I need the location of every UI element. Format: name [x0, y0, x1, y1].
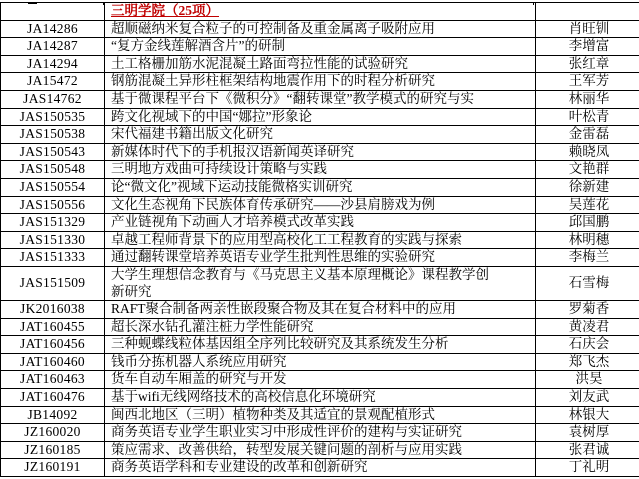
project-id: JAS14762 [23, 91, 82, 106]
table-row[interactable]: JAT160456 三种蚬蝶线粒体基因组全序列比较研究及其系统发生分析 石庆会 [1, 336, 639, 354]
project-title-cell[interactable]: 闽西北地区（三明）植物种类及其适宜的景观配植形式 [105, 406, 536, 424]
project-title: 产业链视角下动画人才培养模式改革实践 [105, 214, 501, 231]
project-id-cell[interactable]: JAT160476 [1, 389, 105, 407]
project-id: JA15472 [27, 73, 78, 88]
project-id: JAS151329 [20, 214, 86, 229]
project-title: 商务英语专业学生职业实习中形成性评价的建构与实证研究 [105, 424, 501, 441]
project-leader: 黄凌君 [569, 319, 610, 334]
clipped-column-border [103, 2, 104, 5]
project-leader: 王军芳 [569, 73, 610, 88]
project-leader: 吴莲花 [569, 197, 610, 212]
project-leader: 金雷磊 [569, 126, 610, 141]
project-leader: 张君诚 [569, 442, 610, 457]
project-leader-cell[interactable]: 石庆会 [536, 336, 639, 354]
project-id-cell[interactable]: JAS150535 [1, 108, 105, 126]
project-title-cell[interactable]: 三种蚬蝶线粒体基因组全序列比较研究及其系统发生分析 [105, 336, 536, 354]
project-id-cell[interactable]: JAS151330 [1, 231, 105, 249]
table-row[interactable]: JAS151329 产业链视角下动画人才培养模式改革实践 邱国鹏 [1, 214, 639, 232]
group-header-title-cell[interactable]: 三明学院（25项） [105, 3, 536, 21]
table-row[interactable]: JAS150538 宋代福建书籍出版文化研究 金雷磊 [1, 126, 639, 144]
group-header-name-cell[interactable] [536, 3, 639, 21]
project-id: JA14294 [27, 56, 78, 71]
project-title: 钢筋混凝土异形柱框架结构地震作用下的时程分析研究 [105, 73, 501, 90]
project-title: 钱币分拣机器人系统应用研究 [105, 354, 501, 371]
table-row[interactable]: JAT160455 超长深水钻孔灌注桩力学性能研究 黄凌君 [1, 318, 639, 336]
project-leader-cell[interactable]: 黄凌君 [536, 318, 639, 336]
project-id: JAT160476 [20, 389, 85, 404]
project-title: 基于微课程平台下《微积分》“翻转课堂”教学模式的研究与实 [105, 91, 501, 108]
project-title: 通过翻转课堂培养英语专业学生批判性思维的实验研究 [105, 249, 501, 266]
project-title-cell[interactable]: 三明地方戏曲可持续设计策略与实践 [105, 161, 536, 179]
project-id: JA14286 [27, 21, 78, 36]
clipped-row-remnant [28, 2, 37, 4]
project-id: JAS151333 [20, 249, 86, 264]
project-id: JAT160455 [20, 319, 85, 334]
table-row[interactable]: JAS150548 三明地方戏曲可持续设计策略与实践 文艳群 [1, 161, 639, 179]
project-id-cell[interactable]: JAS151329 [1, 214, 105, 232]
project-leader: 林丽华 [569, 91, 610, 106]
project-id: JAS150554 [20, 179, 86, 194]
project-id: JAS150535 [20, 109, 86, 124]
project-title-cell[interactable]: 论“微文化”视域下运动技能微格实训研究 [105, 178, 536, 196]
table-row[interactable]: JA14286 超顺磁纳米复合粒子的可控制备及重金属离子吸附应用 肖旺钏 [1, 20, 639, 38]
project-title-cell[interactable]: RAFT聚合制备两亲性嵌段聚合物及其在复合材料中的应用 [105, 301, 536, 319]
project-title: 跨文化视域下的中国“娜拉”形象论 [105, 109, 501, 126]
table-row[interactable]: JAS150556 文化生态视角下民族体育传承研究——沙县肩膀戏为例 吴莲花 [1, 196, 639, 214]
project-title: 三种蚬蝶线粒体基因组全序列比较研究及其系统发生分析 [105, 336, 501, 353]
project-title-cell[interactable]: 超顺磁纳米复合粒子的可控制备及重金属离子吸附应用 [105, 20, 536, 38]
project-id-cell[interactable]: JZ160191 [1, 459, 105, 477]
project-title: 三明地方戏曲可持续设计策略与实践 [105, 161, 501, 178]
group-header-row[interactable]: 三明学院（25项） [1, 3, 639, 21]
project-title-cell[interactable]: 超长深水钻孔灌注桩力学性能研究 [105, 318, 536, 336]
project-title: RAFT聚合制备两亲性嵌段聚合物及其在复合材料中的应用 [105, 301, 501, 318]
project-id: JA14287 [27, 38, 78, 53]
project-title: 货车自动车厢盖的研究与开发 [105, 371, 501, 388]
project-title-cell[interactable]: 跨文化视域下的中国“娜拉”形象论 [105, 108, 536, 126]
project-leader: 林明穗 [569, 232, 610, 247]
project-leader-cell[interactable]: 吴莲花 [536, 196, 639, 214]
clipped-column-border [533, 2, 534, 5]
group-header-label: 三明学院（25项） [105, 3, 501, 20]
project-title: 超长深水钻孔灌注桩力学性能研究 [105, 319, 501, 336]
table-row[interactable]: JZ160020 商务英语专业学生职业实习中形成性评价的建构与实证研究 袁树厚 [1, 424, 639, 442]
project-id-cell[interactable]: JAT160455 [1, 318, 105, 336]
project-id-cell[interactable]: JA14287 [1, 38, 105, 56]
project-leader: 丁礼明 [569, 459, 610, 474]
table-row[interactable]: JA15472 钢筋混凝土异形柱框架结构地震作用下的时程分析研究 王军芳 [1, 73, 639, 91]
project-leader: 赖晓凤 [569, 144, 610, 159]
table-row[interactable]: JAT160460 钱币分拣机器人系统应用研究 郑飞杰 [1, 353, 639, 371]
project-leader: 石庆会 [569, 336, 610, 351]
project-leader: 文艳群 [569, 161, 610, 176]
project-id-cell[interactable]: JZ160185 [1, 441, 105, 459]
project-title-cell[interactable]: 商务英语专业学生职业实习中形成性评价的建构与实证研究 [105, 424, 536, 442]
project-id: JAS150543 [20, 144, 86, 159]
project-leader: 罗菊香 [569, 301, 610, 316]
table-row[interactable]: JAS151333 通过翻转课堂培养英语专业学生批判性思维的实验研究 李梅兰 [1, 249, 639, 267]
project-title: 文化生态视角下民族体育传承研究——沙县肩膀戏为例 [105, 197, 501, 214]
project-leader-cell[interactable]: 袁树厚 [536, 424, 639, 442]
project-leader-cell[interactable]: 林丽华 [536, 90, 639, 108]
project-leader-cell[interactable]: 王军芳 [536, 73, 639, 91]
project-title-cell[interactable]: “复方金线莲解酒含片”的研制 [105, 38, 536, 56]
project-leader: 袁树厚 [569, 424, 610, 439]
project-leader-cell[interactable]: 徐新建 [536, 178, 639, 196]
table-row[interactable]: JAS151330 卓越工程师背景下的应用型高校化工工程教育的实践与探索 林明穗 [1, 231, 639, 249]
project-id: JAT160456 [20, 336, 85, 351]
project-leader-cell[interactable]: 郑飞杰 [536, 353, 639, 371]
project-leader-cell[interactable]: 叶松青 [536, 108, 639, 126]
project-id-cell[interactable]: JAS150554 [1, 178, 105, 196]
projects-table: 三明学院（25项） JA14286 超顺磁纳米复合粒子的可控制备及重金属离子吸附… [0, 2, 639, 477]
project-id: JAT160460 [20, 354, 85, 369]
project-title: 土工格栅加筋水泥混凝土路面弯拉性能的试验研究 [105, 56, 501, 73]
project-id-cell[interactable]: JAS151333 [1, 249, 105, 267]
project-leader-cell[interactable]: 洪昊 [536, 371, 639, 389]
project-leader: 叶松青 [569, 109, 610, 124]
project-title-cell[interactable]: 钢筋混凝土异形柱框架结构地震作用下的时程分析研究 [105, 73, 536, 91]
project-title-cell[interactable]: 钱币分拣机器人系统应用研究 [105, 353, 536, 371]
project-title-cell[interactable]: 策应需求、改善供给，转型发展关键问题的剖析与应用实践 [105, 441, 536, 459]
project-leader: 林银大 [569, 407, 610, 422]
project-leader-cell[interactable]: 林银大 [536, 406, 639, 424]
project-title: 闽西北地区（三明）植物种类及其适宜的景观配植形式 [105, 407, 501, 424]
project-leader-cell[interactable]: 石雪梅 [536, 266, 639, 300]
table-row[interactable]: JZ160185 策应需求、改善供给，转型发展关键问题的剖析与应用实践 张君诚 [1, 441, 639, 459]
project-id: JZ160020 [24, 424, 80, 439]
project-leader-cell[interactable]: 张红章 [536, 55, 639, 73]
project-id-cell[interactable]: JAS150556 [1, 196, 105, 214]
project-leader-cell[interactable]: 李增富 [536, 38, 639, 56]
project-leader-cell[interactable]: 罗菊香 [536, 301, 639, 319]
project-leader: 李梅兰 [569, 249, 610, 264]
project-title-cell[interactable]: 文化生态视角下民族体育传承研究——沙县肩膀戏为例 [105, 196, 536, 214]
project-title: 策应需求、改善供给，转型发展关键问题的剖析与应用实践 [105, 442, 501, 459]
project-title-cell[interactable]: 货车自动车厢盖的研究与开发 [105, 371, 536, 389]
project-id: JZ160191 [24, 459, 80, 474]
table-row[interactable]: JAS151509 大学生理想信念教育与《马克思主义基本原理概论》课程教学创新研… [1, 266, 639, 300]
project-title-cell[interactable]: 卓越工程师背景下的应用型高校化工工程教育的实践与探索 [105, 231, 536, 249]
project-title: 宋代福建书籍出版文化研究 [105, 126, 501, 143]
project-title: 商务英语学科和专业建设的改革和创新研究 [105, 459, 501, 476]
project-leader-cell[interactable]: 邱国鹏 [536, 214, 639, 232]
spreadsheet-table-view: 三明学院（25项） JA14286 超顺磁纳米复合粒子的可控制备及重金属离子吸附… [0, 2, 639, 479]
project-id-cell[interactable]: JAT160463 [1, 371, 105, 389]
project-leader: 徐新建 [569, 179, 610, 194]
table-row[interactable]: JAS150543 新媒体时代下的手机报汉语新闻英译研究 赖晓凤 [1, 143, 639, 161]
project-id-cell[interactable]: JK2016038 [1, 301, 105, 319]
project-title-cell[interactable]: 通过翻转课堂培养英语专业学生批判性思维的实验研究 [105, 249, 536, 267]
project-id-cell[interactable]: JA14294 [1, 55, 105, 73]
project-leader: 李增富 [569, 38, 610, 53]
table-row[interactable]: JAS150535 跨文化视域下的中国“娜拉”形象论 叶松青 [1, 108, 639, 126]
project-title: 基于wifi无线网络技术的高校信息化环境研究 [105, 389, 501, 406]
project-leader: 刘友武 [569, 389, 610, 404]
project-leader: 郑飞杰 [569, 354, 610, 369]
project-leader-cell[interactable]: 李梅兰 [536, 249, 639, 267]
project-leader: 石雪梅 [569, 275, 610, 290]
project-id: JAT160463 [20, 371, 85, 386]
project-title: 新媒体时代下的手机报汉语新闻英译研究 [105, 144, 501, 161]
project-leader-cell[interactable]: 文艳群 [536, 161, 639, 179]
table-row[interactable]: JAS150554 论“微文化”视域下运动技能微格实训研究 徐新建 [1, 178, 639, 196]
project-title-cell[interactable]: 土工格栅加筋水泥混凝土路面弯拉性能的试验研究 [105, 55, 536, 73]
project-id: JAS150538 [20, 126, 86, 141]
project-leader: 邱国鹏 [569, 214, 610, 229]
project-id-cell[interactable]: JB14092 [1, 406, 105, 424]
project-title: 论“微文化”视域下运动技能微格实训研究 [105, 179, 501, 196]
table-row[interactable]: JZ160191 商务英语学科和专业建设的改革和创新研究 丁礼明 [1, 459, 639, 477]
table-row[interactable]: JA14294 土工格栅加筋水泥混凝土路面弯拉性能的试验研究 张红章 [1, 55, 639, 73]
project-id-cell[interactable]: JAS150538 [1, 126, 105, 144]
project-title-cell[interactable]: 产业链视角下动画人才培养模式改革实践 [105, 214, 536, 232]
project-id: JK2016038 [20, 301, 85, 316]
project-leader-cell[interactable]: 肖旺钏 [536, 20, 639, 38]
project-title: “复方金线莲解酒含片”的研制 [105, 38, 501, 55]
project-id-cell[interactable]: JAT160456 [1, 336, 105, 354]
project-leader: 洪昊 [576, 371, 603, 386]
project-title-cell[interactable]: 基于微课程平台下《微积分》“翻转课堂”教学模式的研究与实 [105, 90, 536, 108]
project-title: 超顺磁纳米复合粒子的可控制备及重金属离子吸附应用 [105, 21, 501, 38]
project-title: 大学生理想信念教育与《马克思主义基本原理概论》课程教学创新研究 [105, 267, 501, 300]
project-title-cell[interactable]: 新媒体时代下的手机报汉语新闻英译研究 [105, 143, 536, 161]
group-header-id-cell[interactable] [1, 3, 105, 21]
table-row[interactable]: JAT160463 货车自动车厢盖的研究与开发 洪昊 [1, 371, 639, 389]
project-leader-cell[interactable]: 金雷磊 [536, 126, 639, 144]
project-id: JB14092 [27, 407, 77, 422]
project-title-cell[interactable]: 商务英语学科和专业建设的改革和创新研究 [105, 459, 536, 477]
table-row[interactable]: JAS14762 基于微课程平台下《微积分》“翻转课堂”教学模式的研究与实 林丽… [1, 90, 639, 108]
table-row[interactable]: JK2016038 RAFT聚合制备两亲性嵌段聚合物及其在复合材料中的应用 罗菊… [1, 301, 639, 319]
project-id: JAS150548 [20, 161, 86, 176]
project-id-cell[interactable]: JAS151509 [1, 266, 105, 300]
project-leader-cell[interactable]: 张君诚 [536, 441, 639, 459]
project-leader: 肖旺钏 [569, 21, 610, 36]
table-row[interactable]: JA14287 “复方金线莲解酒含片”的研制 李增富 [1, 38, 639, 56]
project-id-cell[interactable]: JAS150548 [1, 161, 105, 179]
project-title-cell[interactable]: 基于wifi无线网络技术的高校信息化环境研究 [105, 389, 536, 407]
project-id-cell[interactable]: JAS14762 [1, 90, 105, 108]
project-id: JAS151509 [20, 275, 86, 290]
table-row[interactable]: JB14092 闽西北地区（三明）植物种类及其适宜的景观配植形式 林银大 [1, 406, 639, 424]
project-id-cell[interactable]: JA14286 [1, 20, 105, 38]
project-leader-cell[interactable]: 丁礼明 [536, 459, 639, 477]
project-id-cell[interactable]: JA15472 [1, 73, 105, 91]
project-id-cell[interactable]: JZ160020 [1, 424, 105, 442]
project-id-cell[interactable]: JAT160460 [1, 353, 105, 371]
project-id-cell[interactable]: JAS150543 [1, 143, 105, 161]
project-id: JAS150556 [20, 197, 86, 212]
project-id: JZ160185 [24, 442, 80, 457]
project-title-cell[interactable]: 宋代福建书籍出版文化研究 [105, 126, 536, 144]
project-leader-cell[interactable]: 赖晓凤 [536, 143, 639, 161]
project-title: 卓越工程师背景下的应用型高校化工工程教育的实践与探索 [105, 232, 501, 249]
project-id: JAS151330 [20, 232, 86, 247]
table-row[interactable]: JAT160476 基于wifi无线网络技术的高校信息化环境研究 刘友武 [1, 389, 639, 407]
project-leader-cell[interactable]: 林明穗 [536, 231, 639, 249]
project-leader: 张红章 [569, 56, 610, 71]
project-title-cell[interactable]: 大学生理想信念教育与《马克思主义基本原理概论》课程教学创新研究 [105, 266, 536, 300]
project-leader-cell[interactable]: 刘友武 [536, 389, 639, 407]
